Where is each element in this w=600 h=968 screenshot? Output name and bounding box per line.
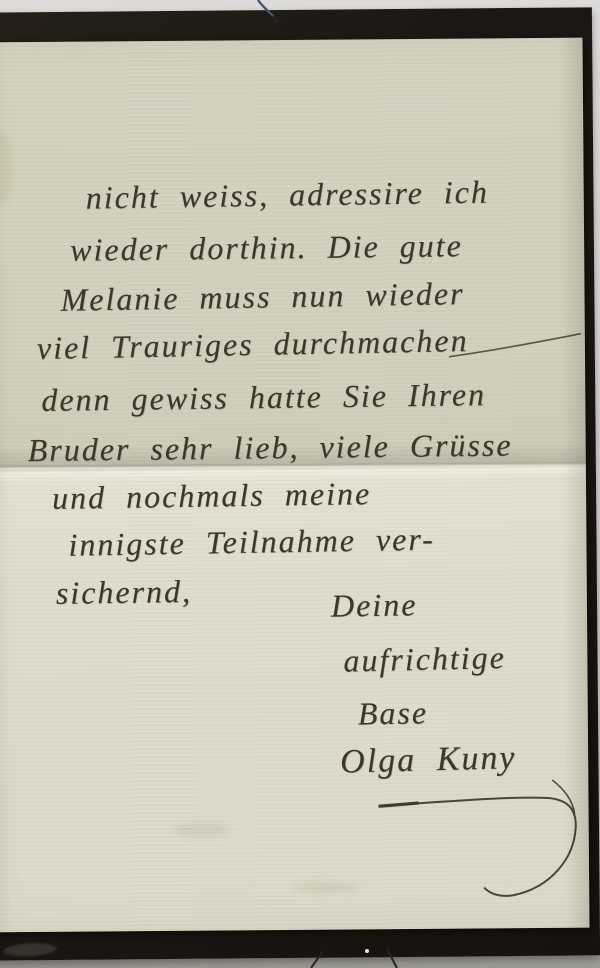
signature-tail	[552, 780, 574, 814]
signature-flourish-dash	[379, 803, 419, 806]
closing-line: Base	[357, 694, 428, 732]
handwriting-line: sichernd,	[56, 573, 193, 612]
handwriting-line: Bruder sehr lieb, viele Grüsse	[28, 427, 513, 469]
paper-stain	[0, 130, 14, 204]
signature-flourish	[378, 797, 576, 897]
paper-stain	[293, 881, 359, 894]
closing-line: aufrichtige	[343, 639, 506, 680]
photo-scene: nicht weiss, adressire ich wieder dorthi…	[0, 0, 600, 968]
paper-stain	[173, 822, 229, 836]
handwriting-line: nicht weiss, adressire ich	[85, 174, 489, 217]
closing-valediction: Deine	[331, 586, 418, 624]
handwriting-line: und nochmals meine	[52, 475, 372, 517]
handwriting-line: viel Trauriges durchmachen	[37, 322, 469, 367]
letter-page: nicht weiss, adressire ich wieder dorthi…	[0, 38, 589, 933]
handwriting-line: wieder dorthin. Die gute	[70, 227, 463, 268]
handwriting-line: denn gewiss hatte Sie Ihren	[41, 376, 486, 419]
handwriting-line: innigste Teilnahme ver-	[68, 521, 435, 564]
signature: Olga Kuny	[340, 739, 517, 781]
handwriting-line: Melanie muss nun wieder	[60, 275, 465, 319]
